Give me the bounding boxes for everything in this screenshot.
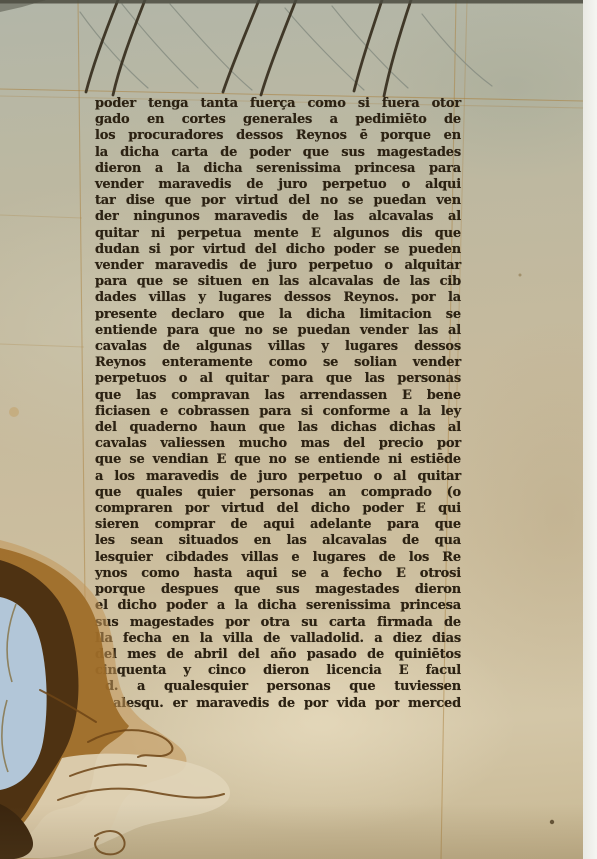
burn-damage (0, 274, 554, 859)
photo-border (583, 0, 597, 859)
photo-edge-shadow (0, 0, 583, 12)
manuscript-photo: poder tenga tanta fuerça como si fuera o… (0, 0, 597, 859)
paper-speck-2 (519, 274, 522, 277)
burn-damage-layer (0, 0, 597, 859)
paper-stain (9, 407, 19, 417)
photo-bottom-vignette (0, 804, 583, 859)
